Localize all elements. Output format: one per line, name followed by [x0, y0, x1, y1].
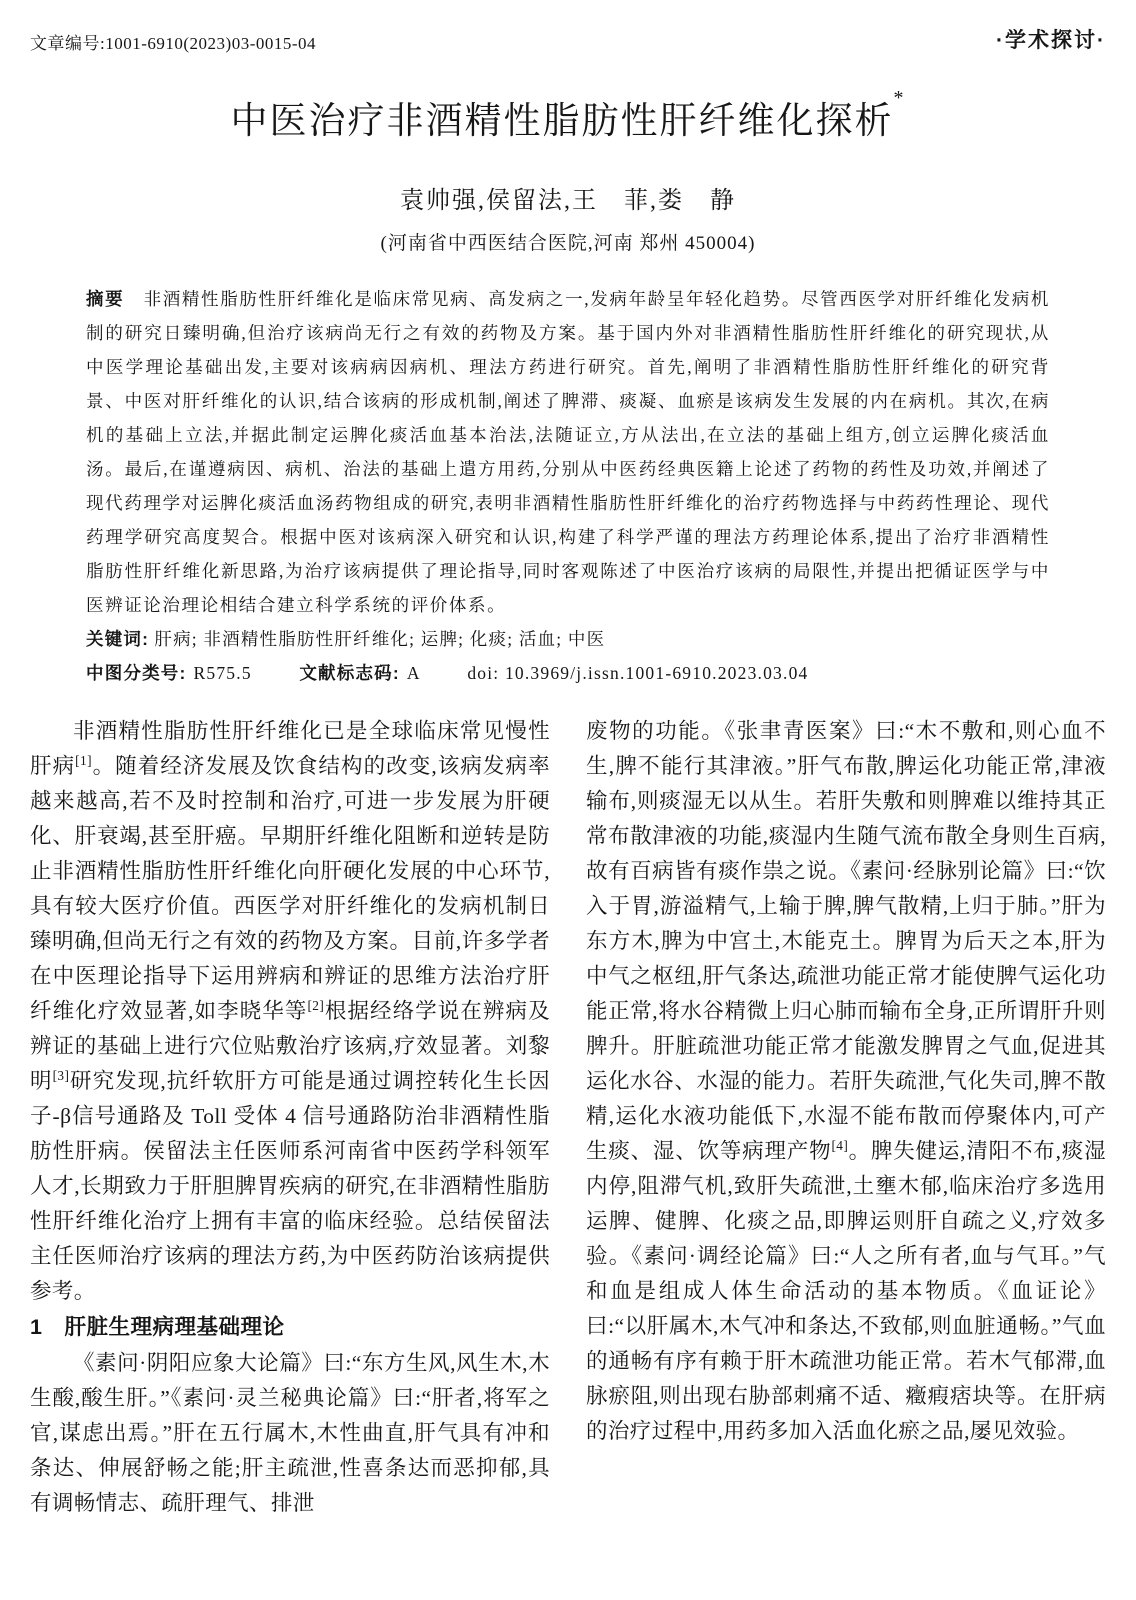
section-1-paragraph-start: 《素问·阴阳应象大论篇》曰:“东方生风,风生木,木生酸,酸生肝。”《素问·灵兰秘… — [30, 1346, 550, 1521]
affiliation-line: (河南省中西医结合医院,河南 郑州 450004) — [0, 228, 1136, 255]
section-1-paragraph-continued: 废物的功能。《张聿青医案》曰:“木不敷和,则心血不生,脾不能行其津液。”肝气布散… — [586, 714, 1106, 1449]
abstract-label: 摘要 — [86, 289, 124, 309]
right-column: 废物的功能。《张聿青医案》曰:“木不敷和,则心血不生,脾不能行其津液。”肝气布散… — [586, 714, 1106, 1521]
clc-label: 中图分类号: — [86, 663, 187, 683]
abstract-block: 摘要非酒精性脂肪性肝纤维化是临床常见病、高发病之一,发病年龄呈年轻化趋势。尽管西… — [86, 282, 1050, 622]
abstract-text: 非酒精性脂肪性肝纤维化是临床常见病、高发病之一,发病年龄呈年轻化趋势。尽管西医学… — [86, 289, 1050, 615]
paper-page: 文章编号:1001-6910(2023)03-0015-04 ·学术探讨· 中医… — [0, 0, 1136, 1600]
keywords-label: 关键词: — [86, 629, 149, 649]
section-1-heading: 1 肝脏生理病理基础理论 — [30, 1310, 550, 1345]
title-footnote-marker: * — [894, 87, 906, 109]
doi-text: doi: 10.3969/j.issn.1001-6910.2023.03.04 — [467, 663, 808, 683]
doc-code-label: 文献标志码: — [299, 663, 400, 683]
doc-code-value: A — [407, 663, 420, 683]
column-section-tag: ·学术探讨· — [996, 24, 1106, 54]
paper-title: 中医治疗非酒精性脂肪性肝纤维化探析* — [0, 100, 1136, 144]
clc-value: R575.5 — [194, 663, 252, 683]
classification-line: 中图分类号:R575.5 文献标志码:A doi: 10.3969/j.issn… — [86, 656, 1050, 690]
keywords-line: 关键词:肝病; 非酒精性脂肪性肝纤维化; 运脾; 化痰; 活血; 中医 — [86, 622, 1050, 656]
authors-line: 袁帅强,侯留法,王 菲,娄 静 — [0, 180, 1136, 215]
intro-paragraph: 非酒精性脂肪性肝纤维化已是全球临床常见慢性肝病[1]。随着经济发展及饮食结构的改… — [30, 714, 550, 1309]
article-number: 文章编号:1001-6910(2023)03-0015-04 — [30, 29, 316, 54]
body-columns: 非酒精性脂肪性肝纤维化已是全球临床常见慢性肝病[1]。随着经济发展及饮食结构的改… — [30, 714, 1106, 1521]
left-column: 非酒精性脂肪性肝纤维化已是全球临床常见慢性肝病[1]。随着经济发展及饮食结构的改… — [30, 714, 550, 1521]
paper-title-text: 中医治疗非酒精性脂肪性肝纤维化探析 — [231, 101, 894, 142]
keywords-text: 肝病; 非酒精性脂肪性肝纤维化; 运脾; 化痰; 活血; 中医 — [154, 629, 605, 649]
page-header: 文章编号:1001-6910(2023)03-0015-04 ·学术探讨· — [0, 0, 1136, 54]
